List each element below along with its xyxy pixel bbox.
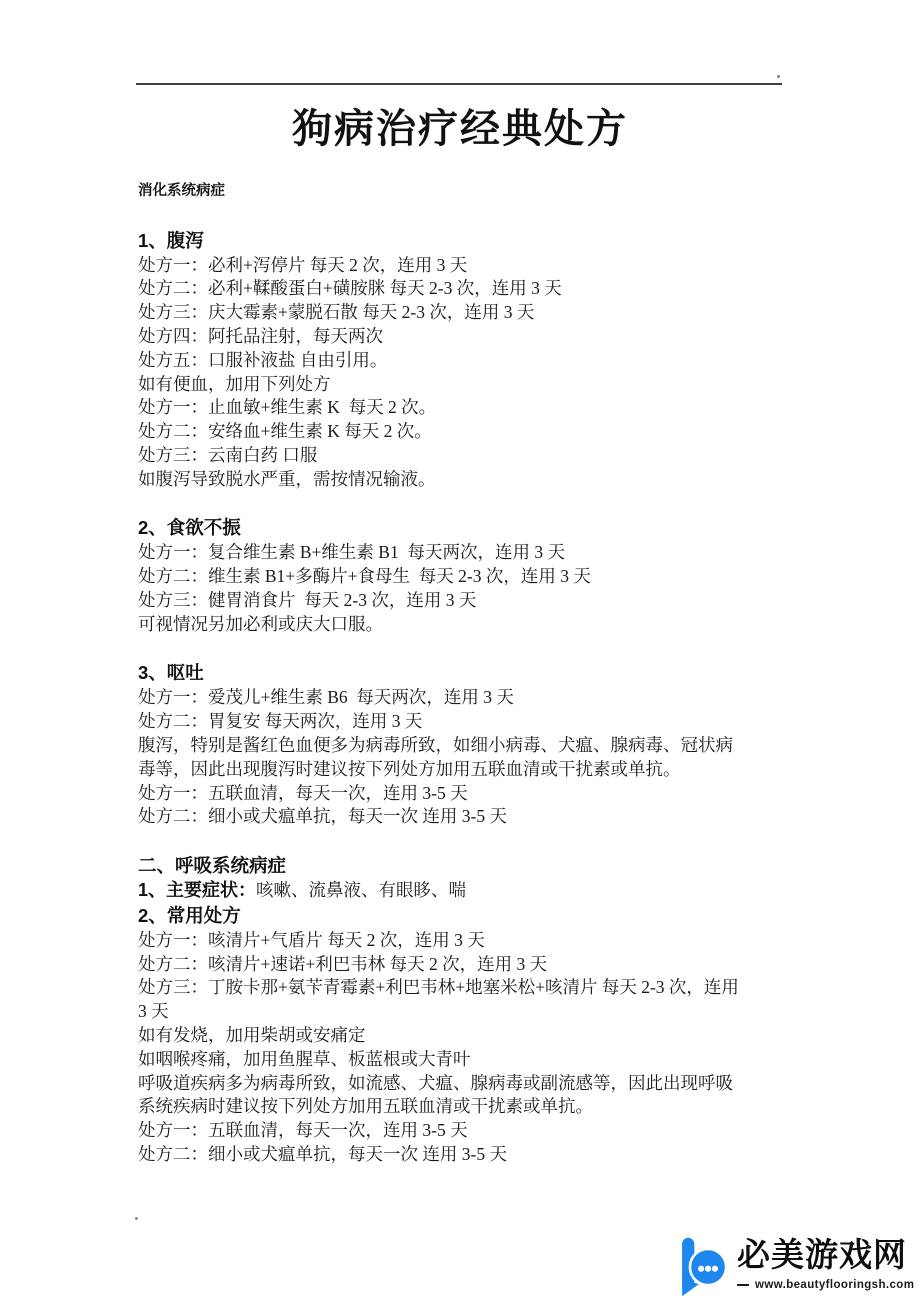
text-line: 腹泻，特别是酱红色血便多为病毒所致，如细小病毒、犬瘟、腺病毒、冠状病 bbox=[138, 734, 786, 758]
plain-text: 处方一：必利+泻停片 每天 2 次，连用 3 天 bbox=[138, 255, 467, 275]
plain-text: 处方二：必利+鞣酸蛋白+磺胺脒 每天 2-3 次，连用 3 天 bbox=[138, 278, 562, 298]
document-title: 狗病治疗经典处方 bbox=[0, 103, 920, 155]
watermark: 必美游戏网 www.beautyflooringsh.com bbox=[676, 1236, 910, 1298]
header-rule bbox=[136, 83, 782, 85]
plain-text: 呼吸道疾病多为病毒所致，如流感、犬瘟、腺病毒或副流感等，因此出现呼吸 bbox=[138, 1073, 733, 1093]
plain-text: 毒等，因此出现腹泻时建议按下列处方加用五联血清或干扰素或单抗。 bbox=[138, 759, 681, 779]
plain-text: 处方五：口服补液盐 自由引用。 bbox=[138, 350, 387, 370]
plain-text: 处方二：胃复安 每天两次，连用 3 天 bbox=[138, 711, 422, 731]
text-line: 呼吸道疾病多为病毒所致，如流感、犬瘟、腺病毒或副流感等，因此出现呼吸 bbox=[138, 1072, 786, 1096]
plain-text: 处方三：庆大霉素+蒙脱石散 每天 2-3 次，连用 3 天 bbox=[138, 302, 534, 322]
watermark-url-divider-left bbox=[737, 1284, 749, 1286]
text-line: 1、主要症状：咳嗽、流鼻液、有眼眵、喘 bbox=[138, 879, 786, 903]
text-line: 处方一：复合维生素 B+维生素 B1 每天两次，连用 3 天 bbox=[138, 541, 786, 565]
logo-dot-3 bbox=[712, 1266, 718, 1272]
plain-text: 处方三：健胃消食片 每天 2-3 次，连用 3 天 bbox=[138, 590, 476, 610]
watermark-url-row: www.beautyflooringsh.com bbox=[737, 1279, 920, 1291]
section-heading: 2、常用处方 bbox=[138, 903, 786, 929]
text-line: 处方二：细小或犬瘟单抗，每天一次 连用 3-5 天 bbox=[138, 1143, 786, 1167]
plain-text: 如有发烧，加用柴胡或安痛定 bbox=[138, 1025, 366, 1045]
section-heading: 二、呼吸系统病症 bbox=[138, 853, 786, 879]
bold-text: 2、常用处方 bbox=[138, 905, 241, 926]
plain-text: 处方二：咳清片+速诺+利巴韦林 每天 2 次，连用 3 天 bbox=[138, 954, 547, 974]
plain-text: 处方一：爱茂儿+维生素 B6 每天两次，连用 3 天 bbox=[138, 687, 514, 707]
stray-dot-bottom bbox=[135, 1217, 138, 1220]
plain-text: 处方二：细小或犬瘟单抗，每天一次 连用 3-5 天 bbox=[138, 1144, 507, 1164]
text-line: 处方二：细小或犬瘟单抗，每天一次 连用 3-5 天 bbox=[138, 805, 786, 829]
bold-text: 消化系统病症 bbox=[138, 183, 225, 199]
text-line: 如腹泻导致脱水严重，需按情况输液。 bbox=[138, 468, 786, 492]
watermark-site-url: www.beautyflooringsh.com bbox=[755, 1279, 914, 1291]
text-line: 处方三：健胃消食片 每天 2-3 次，连用 3 天 bbox=[138, 589, 786, 613]
plain-text: 处方二：细小或犬瘟单抗，每天一次 连用 3-5 天 bbox=[138, 806, 507, 826]
plain-text: 处方四：阿托品注射，每天两次 bbox=[138, 326, 383, 346]
blank-line bbox=[138, 204, 786, 228]
logo-dot-1 bbox=[698, 1266, 704, 1272]
text-line: 处方一：止血敏+维生素 K 每天 2 次。 bbox=[138, 396, 786, 420]
watermark-site-name: 必美游戏网 bbox=[737, 1236, 920, 1276]
stray-dot-top bbox=[777, 75, 780, 78]
text-line: 可视情况另加必利或庆大口服。 bbox=[138, 613, 786, 637]
plain-text: 咳嗽、流鼻液、有眼眵、喘 bbox=[256, 880, 466, 900]
bold-text: 1、主要症状： bbox=[138, 880, 256, 900]
plain-text: 处方三：丁胺卡那+氨苄青霉素+利巴韦林+地塞米松+咳清片 每天 2-3 次，连用 bbox=[138, 977, 739, 997]
plain-text: 可视情况另加必利或庆大口服。 bbox=[138, 614, 383, 634]
text-line: 处方二：咳清片+速诺+利巴韦林 每天 2 次，连用 3 天 bbox=[138, 953, 786, 977]
plain-text: 处方一：止血敏+维生素 K 每天 2 次。 bbox=[138, 397, 436, 417]
text-line: 处方四：阿托品注射，每天两次 bbox=[138, 325, 786, 349]
text-line: 处方二：必利+鞣酸蛋白+磺胺脒 每天 2-3 次，连用 3 天 bbox=[138, 277, 786, 301]
plain-text: 系统疾病时建议按下列处方加用五联血清或干扰素或单抗。 bbox=[138, 1096, 593, 1116]
plain-text: 如咽喉疼痛，加用鱼腥草、板蓝根或大青叶 bbox=[138, 1049, 471, 1069]
bold-text: 3、呕吐 bbox=[138, 662, 204, 683]
plain-text: 如有便血，加用下列处方 bbox=[138, 374, 331, 394]
text-line: 处方一：五联血清，每天一次，连用 3-5 天 bbox=[138, 1119, 786, 1143]
text-line: 处方三：丁胺卡那+氨苄青霉素+利巴韦林+地塞米松+咳清片 每天 2-3 次，连用 bbox=[138, 976, 786, 1000]
plain-text: 处方二：安络血+维生素 K 每天 2 次。 bbox=[138, 421, 432, 441]
text-line: 处方五：口服补液盐 自由引用。 bbox=[138, 349, 786, 373]
text-line: 如有发烧，加用柴胡或安痛定 bbox=[138, 1024, 786, 1048]
text-line: 处方三：庆大霉素+蒙脱石散 每天 2-3 次，连用 3 天 bbox=[138, 301, 786, 325]
blank-line bbox=[138, 637, 786, 661]
plain-text: 处方二：维生素 B1+多酶片+食母生 每天 2-3 次，连用 3 天 bbox=[138, 566, 591, 586]
text-line: 处方二：安络血+维生素 K 每天 2 次。 bbox=[138, 420, 786, 444]
text-line: 如咽喉疼痛，加用鱼腥草、板蓝根或大青叶 bbox=[138, 1048, 786, 1072]
plain-text: 如腹泻导致脱水严重，需按情况输液。 bbox=[138, 469, 436, 489]
section-heading: 3、呕吐 bbox=[138, 660, 786, 686]
text-line: 系统疾病时建议按下列处方加用五联血清或干扰素或单抗。 bbox=[138, 1095, 786, 1119]
section-heading: 2、食欲不振 bbox=[138, 515, 786, 541]
text-line: 处方三：云南白药 口服 bbox=[138, 444, 786, 468]
plain-text: 处方三：云南白药 口服 bbox=[138, 445, 317, 465]
bold-text: 2、食欲不振 bbox=[138, 517, 241, 538]
text-line: 处方二：维生素 B1+多酶片+食母生 每天 2-3 次，连用 3 天 bbox=[138, 565, 786, 589]
text-line: 处方一：咳清片+气盾片 每天 2 次，连用 3 天 bbox=[138, 929, 786, 953]
logo-dot-2 bbox=[705, 1266, 711, 1272]
text-line: 处方一：五联血清，每天一次，连用 3-5 天 bbox=[138, 782, 786, 806]
plain-text: 腹泻，特别是酱红色血便多为病毒所致，如细小病毒、犬瘟、腺病毒、冠状病 bbox=[138, 735, 733, 755]
text-line: 处方二：胃复安 每天两次，连用 3 天 bbox=[138, 710, 786, 734]
plain-text: 处方一：咳清片+气盾片 每天 2 次，连用 3 天 bbox=[138, 930, 485, 950]
text-line: 3 天 bbox=[138, 1000, 786, 1024]
document-body: 消化系统病症 1、腹泻处方一：必利+泻停片 每天 2 次，连用 3 天处方二：必… bbox=[138, 180, 786, 1167]
text-line: 处方一：爱茂儿+维生素 B6 每天两次，连用 3 天 bbox=[138, 686, 786, 710]
document-page: 狗病治疗经典处方 消化系统病症 1、腹泻处方一：必利+泻停片 每天 2 次，连用… bbox=[0, 0, 920, 1302]
text-line: 处方一：必利+泻停片 每天 2 次，连用 3 天 bbox=[138, 254, 786, 278]
speech-bubble-b-logo-icon bbox=[676, 1236, 728, 1298]
blank-line bbox=[138, 829, 786, 853]
text-line: 毒等，因此出现腹泻时建议按下列处方加用五联血清或干扰素或单抗。 bbox=[138, 758, 786, 782]
bold-text: 1、腹泻 bbox=[138, 230, 204, 251]
plain-text: 处方一：复合维生素 B+维生素 B1 每天两次，连用 3 天 bbox=[138, 542, 565, 562]
blank-line bbox=[138, 492, 786, 516]
text-line: 如有便血，加用下列处方 bbox=[138, 373, 786, 397]
plain-text: 处方一：五联血清，每天一次，连用 3-5 天 bbox=[138, 783, 468, 803]
bold-text: 二、呼吸系统病症 bbox=[138, 855, 286, 876]
plain-text: 3 天 bbox=[138, 1001, 169, 1021]
section-heading: 1、腹泻 bbox=[138, 228, 786, 254]
section-heading: 消化系统病症 bbox=[138, 180, 786, 204]
watermark-text-block: 必美游戏网 www.beautyflooringsh.com bbox=[737, 1236, 920, 1291]
plain-text: 处方一：五联血清，每天一次，连用 3-5 天 bbox=[138, 1120, 468, 1140]
